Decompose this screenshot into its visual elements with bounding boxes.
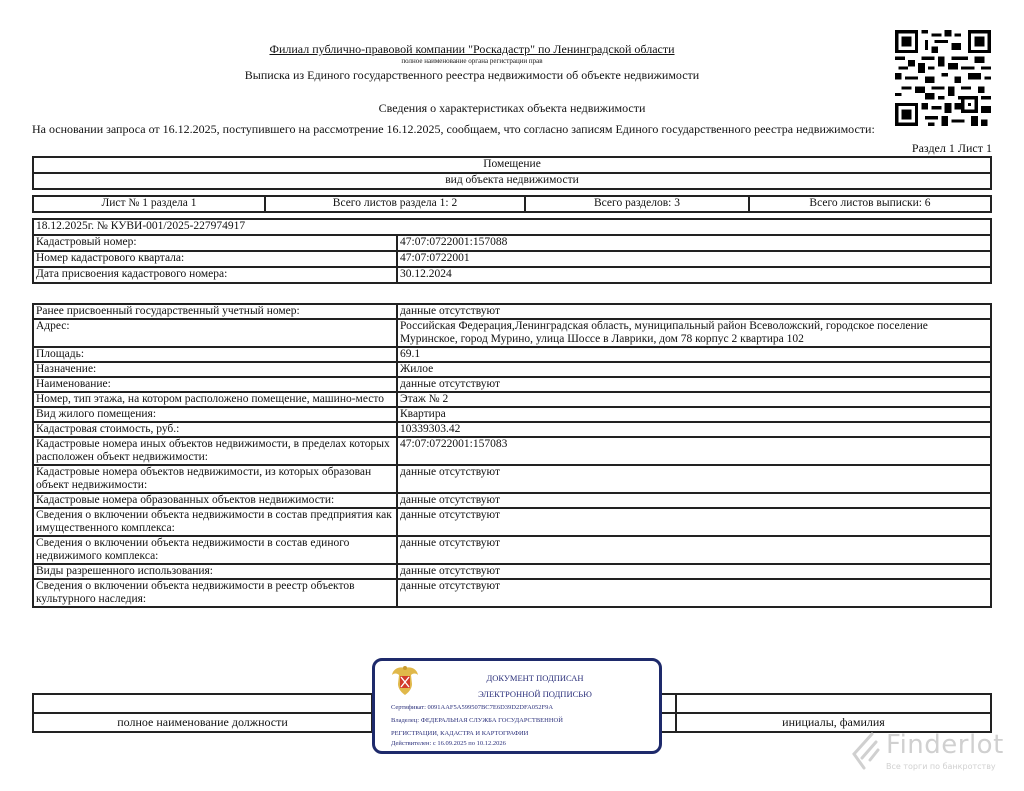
row-label: Назначение: xyxy=(33,362,397,377)
stamp-title-1: ДОКУМЕНТ ПОДПИСАН xyxy=(435,673,635,683)
table-row: Номер, тип этажа, на котором расположено… xyxy=(33,392,991,407)
table-row: Кадастровая стоимость, руб.:10339303.42 xyxy=(33,422,991,437)
row-value: Квартира xyxy=(397,407,991,422)
row-label: Кадастровые номера объектов недвижимости… xyxy=(33,465,397,493)
position-caption: полное наименование должности xyxy=(33,713,372,732)
row-label: Сведения о включении объекта недвижимост… xyxy=(33,579,397,607)
table-row: Сведения о включении объекта недвижимост… xyxy=(33,508,991,536)
row-value: Этаж № 2 xyxy=(397,392,991,407)
section-title: Сведения о характеристиках объекта недви… xyxy=(0,101,1024,116)
stamp-owner-1: Владелец: ФЕДЕРАЛЬНАЯ СЛУЖБА ГОСУДАРСТВЕ… xyxy=(391,717,653,724)
row-value: данные отсутствуют xyxy=(397,536,991,564)
electronic-signature-stamp: ДОКУМЕНТ ПОДПИСАН ЭЛЕКТРОННОЙ ПОДПИСЬЮ С… xyxy=(372,658,662,754)
row-label: Сведения о включении объекта недвижимост… xyxy=(33,508,397,536)
object-kind-caption: вид объекта недвижимости xyxy=(33,173,991,189)
intro-text: На основании запроса от 16.12.2025, пост… xyxy=(32,122,875,137)
qr-code-icon xyxy=(895,30,991,126)
table-row: Кадастровые номера иных объектов недвижи… xyxy=(33,437,991,465)
row-label: Площадь: xyxy=(33,347,397,362)
cadastral-number: 47:07:0722001:157088 xyxy=(397,235,991,251)
record-date-number: 18.12.2025г. № КУВИ-001/2025-227974917 xyxy=(33,219,991,235)
object-kind-table: Помещение вид объекта недвижимости xyxy=(32,156,992,190)
sections-total: Всего разделов: 3 xyxy=(525,196,749,212)
organization-name: Филиал публично-правовой компании "Роска… xyxy=(0,42,944,57)
table-row: Адрес:Российская Федерация,Ленинградская… xyxy=(33,319,991,347)
watermark-brand: Finderlot xyxy=(886,730,1004,760)
row-value: 69.1 xyxy=(397,347,991,362)
row-value: Жилое xyxy=(397,362,991,377)
watermark-tagline: Все торги по банкротству xyxy=(886,762,996,771)
table-row: Дата присвоения кадастрового номера: 30.… xyxy=(33,267,991,283)
finderlot-logo-icon xyxy=(850,732,884,772)
row-value: 10339303.42 xyxy=(397,422,991,437)
row-label: Наименование: xyxy=(33,377,397,392)
row-label: Адрес: xyxy=(33,319,397,347)
row-value: данные отсутствуют xyxy=(397,493,991,508)
sheet-number: Лист № 1 раздела 1 xyxy=(33,196,265,212)
table-row: Сведения о включении объекта недвижимост… xyxy=(33,579,991,607)
stamp-title-2: ЭЛЕКТРОННОЙ ПОДПИСЬЮ xyxy=(435,689,635,699)
table-row: Кадастровые номера образованных объектов… xyxy=(33,493,991,508)
document-title: Выписка из Единого государственного реес… xyxy=(0,68,944,83)
row-value: Российская Федерация,Ленинградская облас… xyxy=(397,319,991,347)
table-row: Сведения о включении объекта недвижимост… xyxy=(33,536,991,564)
cadastral-quarter: 47:07:0722001 xyxy=(397,251,991,267)
coat-of-arms-icon xyxy=(389,664,421,698)
table-row: Наименование:данные отсутствуют xyxy=(33,377,991,392)
stamp-validity: Действителен: с 16.09.2025 по 10.12.2026 xyxy=(391,740,653,747)
table-row: Номер кадастрового квартала: 47:07:07220… xyxy=(33,251,991,267)
table-row: Ранее присвоенный государственный учетны… xyxy=(33,304,991,319)
row-label: Кадастровые номера иных объектов недвижи… xyxy=(33,437,397,465)
record-table: 18.12.2025г. № КУВИ-001/2025-227974917 К… xyxy=(32,218,992,284)
row-label: Кадастровый номер: xyxy=(33,235,397,251)
row-label: Номер, тип этажа, на котором расположено… xyxy=(33,392,397,407)
row-label: Вид жилого помещения: xyxy=(33,407,397,422)
row-label: Сведения о включении объекта недвижимост… xyxy=(33,536,397,564)
row-value: данные отсутствуют xyxy=(397,465,991,493)
section-reference: Раздел 1 Лист 1 xyxy=(912,141,992,156)
row-label: Виды разрешенного использования: xyxy=(33,564,397,579)
extract-sheets-total: Всего листов выписки: 6 xyxy=(749,196,991,212)
characteristics-table: Ранее присвоенный государственный учетны… xyxy=(32,303,992,608)
table-row: Виды разрешенного использования:данные о… xyxy=(33,564,991,579)
table-row: Площадь:69.1 xyxy=(33,347,991,362)
table-row: Вид жилого помещения:Квартира xyxy=(33,407,991,422)
row-value: данные отсутствуют xyxy=(397,304,991,319)
row-label: Дата присвоения кадастрового номера: xyxy=(33,267,397,283)
row-value: данные отсутствуют xyxy=(397,377,991,392)
row-value: данные отсутствуют xyxy=(397,564,991,579)
object-kind-value: Помещение xyxy=(33,157,991,173)
row-label: Ранее присвоенный государственный учетны… xyxy=(33,304,397,319)
stamp-owner-2: РЕГИСТРАЦИИ, КАДАСТРА И КАРТОГРАФИИ xyxy=(391,730,653,737)
row-label: Кадастровая стоимость, руб.: xyxy=(33,422,397,437)
table-row: Назначение:Жилое xyxy=(33,362,991,377)
row-label: Кадастровые номера образованных объектов… xyxy=(33,493,397,508)
row-value: 47:07:0722001:157083 xyxy=(397,437,991,465)
row-label: Номер кадастрового квартала: xyxy=(33,251,397,267)
section-sheets-total: Всего листов раздела 1: 2 xyxy=(265,196,525,212)
watermark: Finderlot Все торги по банкротству xyxy=(850,728,1020,788)
stamp-certificate: Сертификат: 0091AAF5A599507BC7E6D39D2DFA… xyxy=(391,704,653,711)
assignment-date: 30.12.2024 xyxy=(397,267,991,283)
table-row: Кадастровый номер: 47:07:0722001:157088 xyxy=(33,235,991,251)
table-row: Кадастровые номера объектов недвижимости… xyxy=(33,465,991,493)
organization-caption: полное наименование органа регистрации п… xyxy=(0,57,944,65)
row-value: данные отсутствуют xyxy=(397,579,991,607)
row-value: данные отсутствуют xyxy=(397,508,991,536)
sheets-table: Лист № 1 раздела 1 Всего листов раздела … xyxy=(32,195,992,213)
